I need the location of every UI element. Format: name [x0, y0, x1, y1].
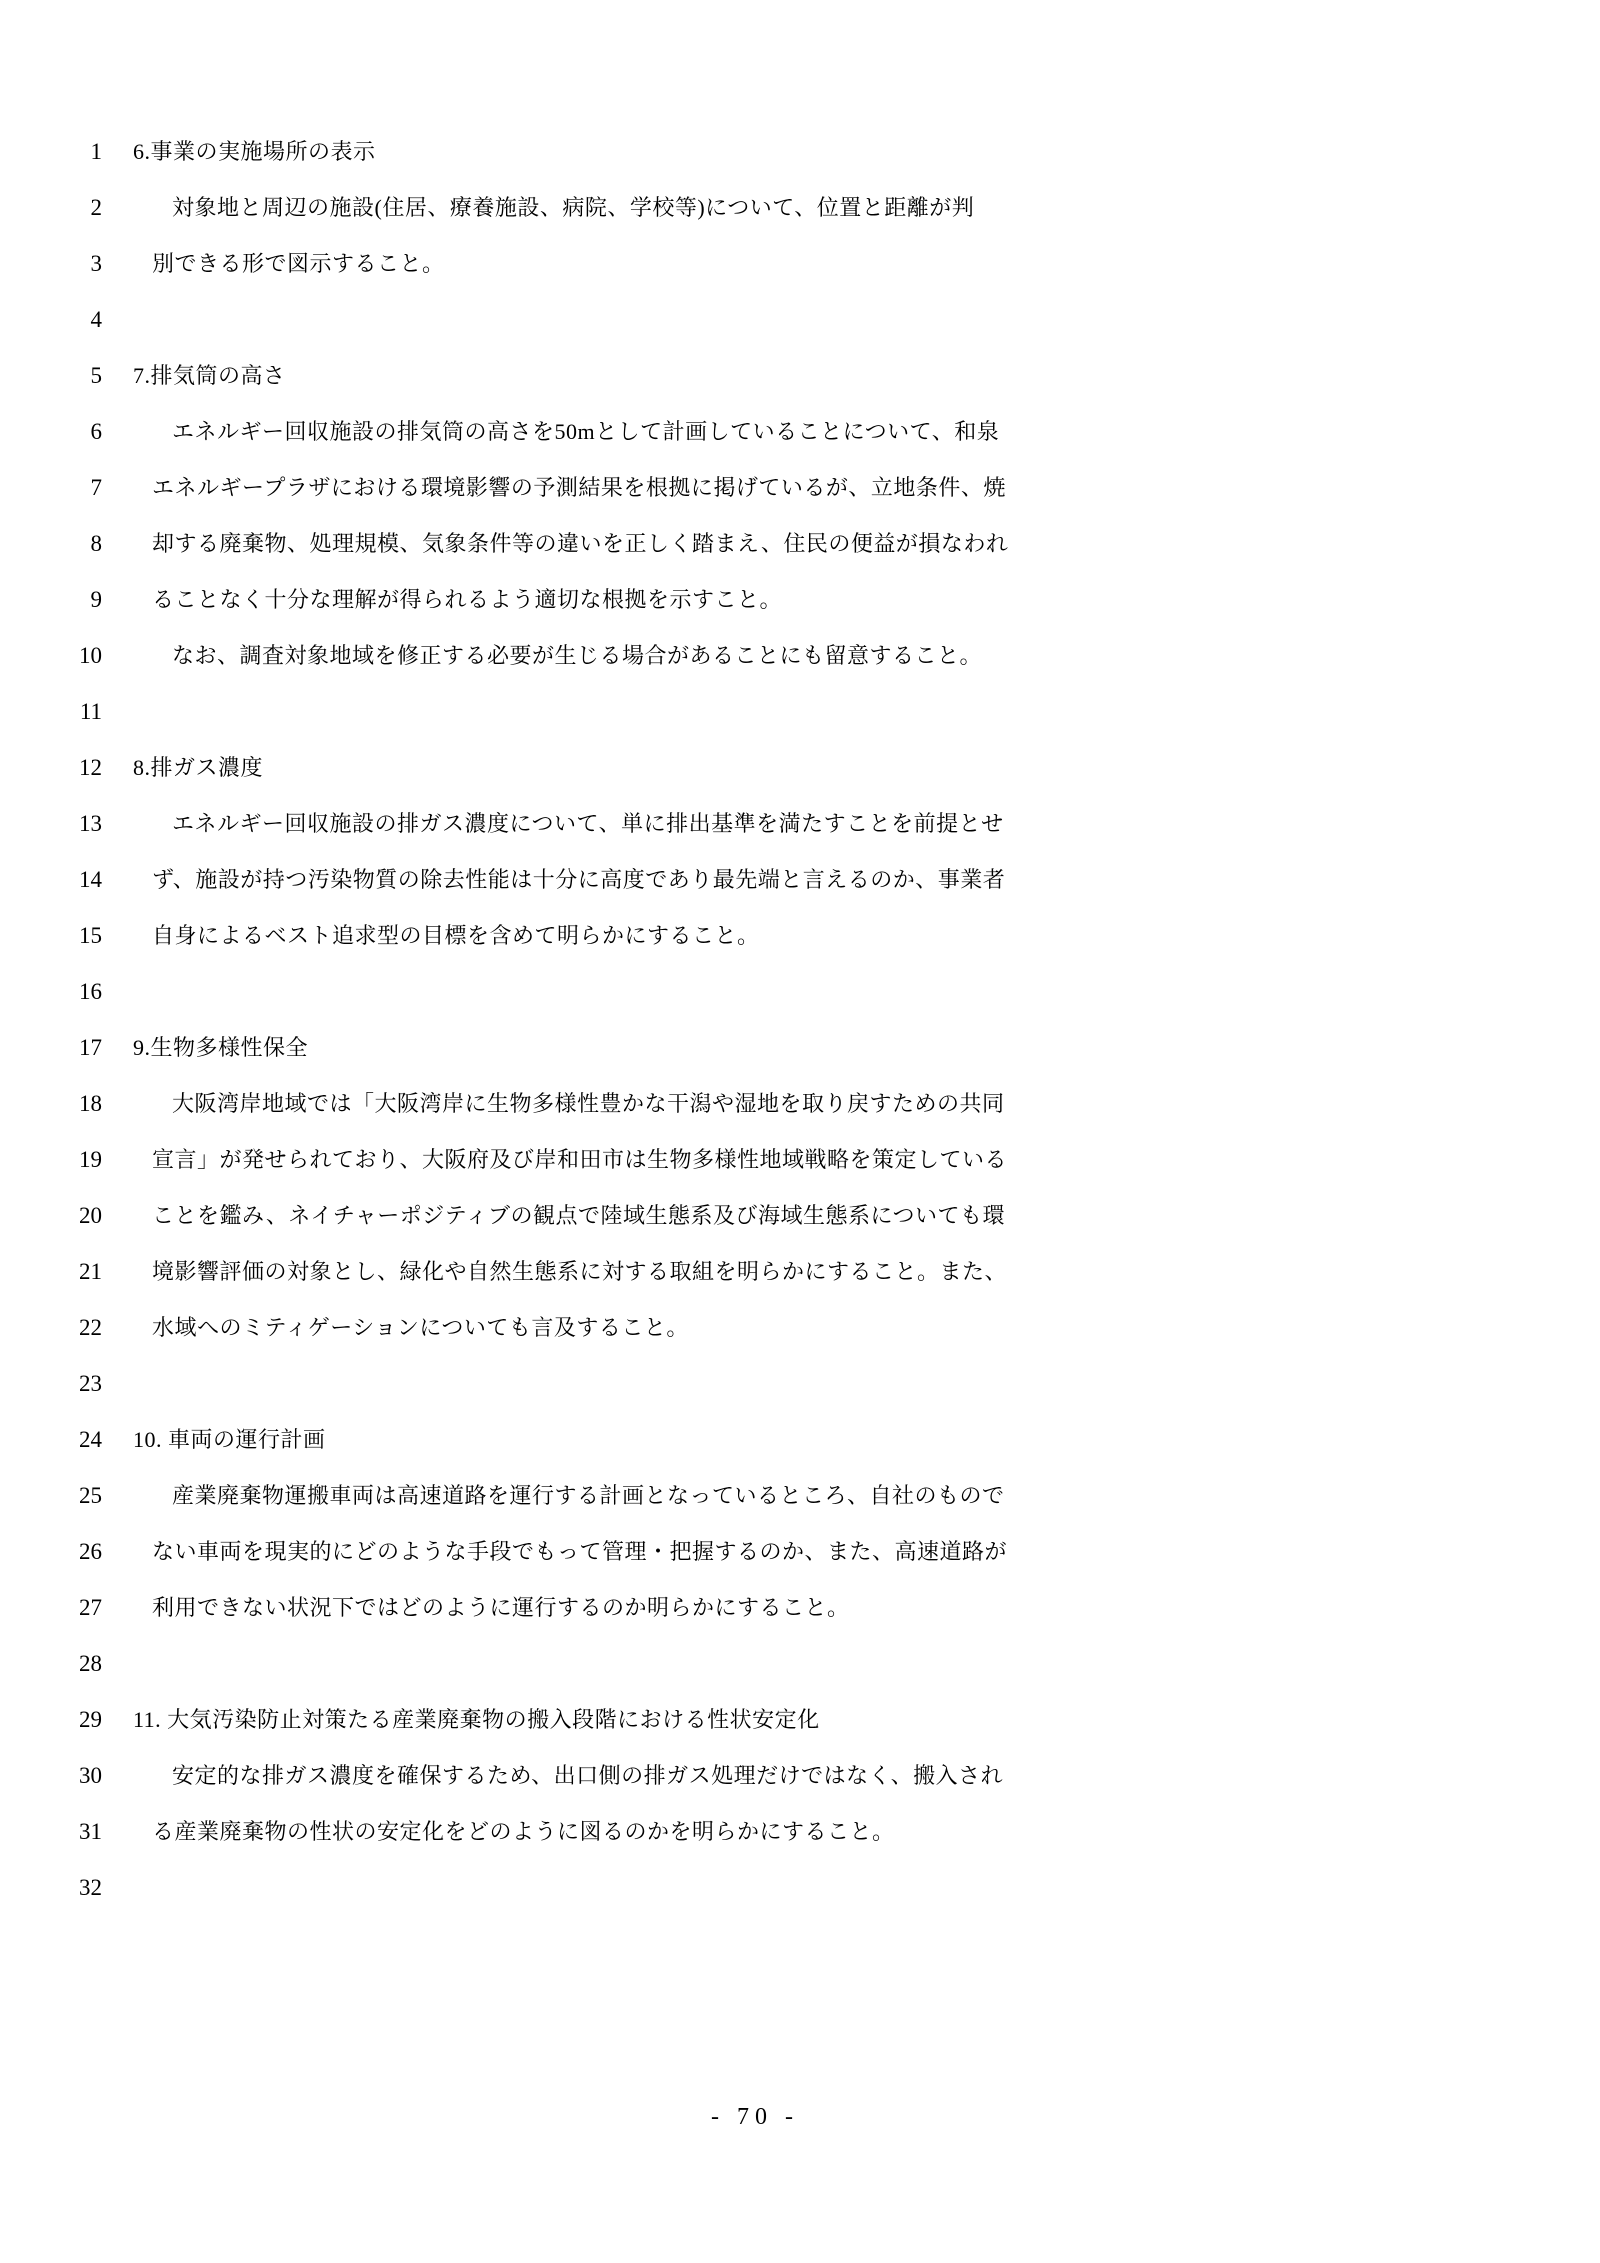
line-text: 境影響評価の対象とし、緑化や自然生態系に対する取組を明らかにすること。また、	[152, 1244, 1007, 1300]
line-number: 21	[0, 1244, 102, 1300]
line-number: 14	[0, 852, 102, 908]
document-line: 11	[0, 684, 1600, 740]
document-line: 27利用できない状況下ではどのように運行するのか明らかにすること。	[0, 1580, 1600, 1636]
line-number: 31	[0, 1804, 102, 1860]
line-number: 26	[0, 1524, 102, 1580]
line-number: 30	[0, 1748, 102, 1804]
document-line: 3別できる形で図示すること。	[0, 236, 1600, 292]
document-line: 21境影響評価の対象とし、緑化や自然生態系に対する取組を明らかにすること。また、	[0, 1244, 1600, 1300]
document-line: 4	[0, 292, 1600, 348]
document-line: 28	[0, 1636, 1600, 1692]
document-line: 2対象地と周辺の施設(住居、療養施設、病院、学校等)について、位置と距離が判	[0, 180, 1600, 236]
document-line: 10なお、調査対象地域を修正する必要が生じる場合があることにも留意すること。	[0, 628, 1600, 684]
document-line: 2911. 大気汚染防止対策たる産業廃棄物の搬入段階における性状安定化	[0, 1692, 1600, 1748]
line-text: なお、調査対象地域を修正する必要が生じる場合があることにも留意すること。	[172, 628, 982, 684]
line-number: 4	[0, 292, 102, 348]
document-line: 13エネルギー回収施設の排ガス濃度について、単に排出基準を満たすことを前提とせ	[0, 796, 1600, 852]
line-number: 12	[0, 740, 102, 796]
line-text: 別できる形で図示すること。	[152, 236, 445, 292]
line-number: 20	[0, 1188, 102, 1244]
line-text: ることなく十分な理解が得られるよう適切な根拠を示すこと。	[152, 572, 782, 628]
line-number: 16	[0, 964, 102, 1020]
document-line: 15自身によるベスト追求型の目標を含めて明らかにすること。	[0, 908, 1600, 964]
line-number: 2	[0, 180, 102, 236]
document-line: 31る産業廃棄物の性状の安定化をどのように図るのかを明らかにすること。	[0, 1804, 1600, 1860]
line-text: エネルギー回収施設の排ガス濃度について、単に排出基準を満たすことを前提とせ	[172, 796, 1004, 852]
document-line: 30安定的な排ガス濃度を確保するため、出口側の排ガス処理だけではなく、搬入され	[0, 1748, 1600, 1804]
line-text: エネルギー回収施設の排気筒の高さを50mとして計画していることについて、和泉	[172, 404, 999, 460]
document-line: 22水域へのミティゲーションについても言及すること。	[0, 1300, 1600, 1356]
document-lines: 16.事業の実施場所の表示2対象地と周辺の施設(住居、療養施設、病院、学校等)に…	[0, 124, 1600, 1916]
line-number: 5	[0, 348, 102, 404]
line-number: 9	[0, 572, 102, 628]
line-text: 大阪湾岸地域では「大阪湾岸に生物多様性豊かな干潟や湿地を取り戻すための共同	[172, 1076, 1005, 1132]
line-number: 7	[0, 460, 102, 516]
line-number: 32	[0, 1860, 102, 1916]
line-text: 宣言」が発せられており、大阪府及び岸和田市は生物多様性地域戦略を策定している	[152, 1132, 1007, 1188]
document-line: 32	[0, 1860, 1600, 1916]
line-number: 11	[0, 684, 102, 740]
line-text: 6.事業の実施場所の表示	[133, 124, 376, 180]
line-number: 23	[0, 1356, 102, 1412]
document-line: 2410. 車両の運行計画	[0, 1412, 1600, 1468]
line-number: 13	[0, 796, 102, 852]
line-text: 11. 大気汚染防止対策たる産業廃棄物の搬入段階における性状安定化	[133, 1692, 820, 1748]
document-line: 18大阪湾岸地域では「大阪湾岸に生物多様性豊かな干潟や湿地を取り戻すための共同	[0, 1076, 1600, 1132]
line-text: 産業廃棄物運搬車両は高速道路を運行する計画となっているところ、自社のもので	[172, 1468, 1005, 1524]
line-number: 24	[0, 1412, 102, 1468]
line-number: 17	[0, 1020, 102, 1076]
document-line: 20ことを鑑み、ネイチャーポジティブの観点で陸域生態系及び海域生態系についても環	[0, 1188, 1600, 1244]
line-text: 10. 車両の運行計画	[133, 1412, 326, 1468]
document-line: 25産業廃棄物運搬車両は高速道路を運行する計画となっているところ、自社のもので	[0, 1468, 1600, 1524]
document-line: 8却する廃棄物、処理規模、気象条件等の違いを正しく踏まえ、住民の便益が損なわれ	[0, 516, 1600, 572]
line-number: 25	[0, 1468, 102, 1524]
document-page: 16.事業の実施場所の表示2対象地と周辺の施設(住居、療養施設、病院、学校等)に…	[0, 0, 1600, 2263]
document-line: 179.生物多様性保全	[0, 1020, 1600, 1076]
line-text: 8.排ガス濃度	[133, 740, 263, 796]
document-line: 23	[0, 1356, 1600, 1412]
document-line: 16	[0, 964, 1600, 1020]
line-text: 対象地と周辺の施設(住居、療養施設、病院、学校等)について、位置と距離が判	[172, 180, 974, 236]
line-text: 却する廃棄物、処理規模、気象条件等の違いを正しく踏まえ、住民の便益が損なわれ	[152, 516, 1008, 572]
line-text: 利用できない状況下ではどのように運行するのか明らかにすること。	[152, 1580, 850, 1636]
document-line: 128.排ガス濃度	[0, 740, 1600, 796]
line-text: ない車両を現実的にどのような手段でもって管理・把握するのか、また、高速道路が	[152, 1524, 1007, 1580]
document-line: 16.事業の実施場所の表示	[0, 124, 1600, 180]
line-number: 1	[0, 124, 102, 180]
line-number: 22	[0, 1300, 102, 1356]
line-text: 9.生物多様性保全	[133, 1020, 308, 1076]
document-line: 26ない車両を現実的にどのような手段でもって管理・把握するのか、また、高速道路が	[0, 1524, 1600, 1580]
document-line: 6エネルギー回収施設の排気筒の高さを50mとして計画していることについて、和泉	[0, 404, 1600, 460]
line-number: 10	[0, 628, 102, 684]
line-text: 7.排気筒の高さ	[133, 348, 286, 404]
line-number: 18	[0, 1076, 102, 1132]
line-text: 安定的な排ガス濃度を確保するため、出口側の排ガス処理だけではなく、搬入され	[172, 1748, 1003, 1804]
document-line: 19宣言」が発せられており、大阪府及び岸和田市は生物多様性地域戦略を策定している	[0, 1132, 1600, 1188]
line-text: エネルギープラザにおける環境影響の予測結果を根拠に掲げているが、立地条件、焼	[152, 460, 1006, 516]
line-text: 自身によるベスト追求型の目標を含めて明らかにすること。	[152, 908, 760, 964]
document-line: 9ることなく十分な理解が得られるよう適切な根拠を示すこと。	[0, 572, 1600, 628]
page-number-footer: - 70 -	[0, 2104, 1510, 2131]
line-number: 15	[0, 908, 102, 964]
line-number: 8	[0, 516, 102, 572]
line-text: 水域へのミティゲーションについても言及すること。	[152, 1300, 689, 1356]
line-number: 3	[0, 236, 102, 292]
document-line: 7エネルギープラザにおける環境影響の予測結果を根拠に掲げているが、立地条件、焼	[0, 460, 1600, 516]
document-line: 57.排気筒の高さ	[0, 348, 1600, 404]
line-number: 27	[0, 1580, 102, 1636]
line-number: 28	[0, 1636, 102, 1692]
document-line: 14ず、施設が持つ汚染物質の除去性能は十分に高度であり最先端と言えるのか、事業者	[0, 852, 1600, 908]
line-text: ことを鑑み、ネイチャーポジティブの観点で陸域生態系及び海域生態系についても環	[152, 1188, 1005, 1244]
line-text: ず、施設が持つ汚染物質の除去性能は十分に高度であり最先端と言えるのか、事業者	[152, 852, 1005, 908]
line-number: 19	[0, 1132, 102, 1188]
line-text: る産業廃棄物の性状の安定化をどのように図るのかを明らかにすること。	[152, 1804, 895, 1860]
line-number: 29	[0, 1692, 102, 1748]
line-number: 6	[0, 404, 102, 460]
